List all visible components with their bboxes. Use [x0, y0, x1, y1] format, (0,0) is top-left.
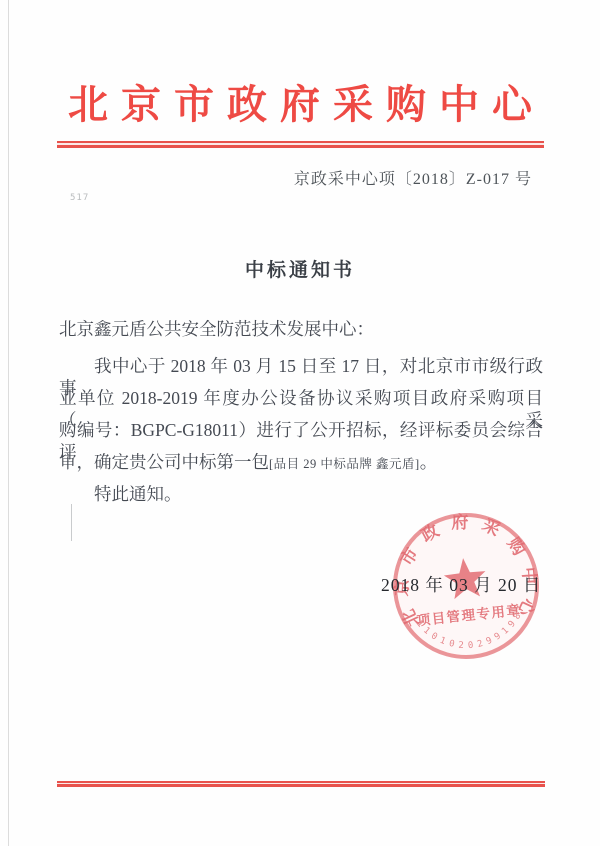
scan-artifact-line: [71, 504, 72, 541]
recipient-line: 北京鑫元盾公共安全防范技术发展中心：: [59, 318, 543, 340]
footer-rule: [57, 781, 545, 787]
body-line-4: 审，确定贵公司中标第一包[品目 29 中标品牌 鑫元盾]。: [59, 451, 543, 475]
body-line-4-note: [品目 29 中标品牌 鑫元盾]: [269, 457, 420, 471]
letterhead-org-name: 北京市政府采购中心: [0, 82, 600, 128]
letterhead-divider-rule: [57, 141, 544, 148]
body-line-4-main: 审，确定贵公司中标第一包: [59, 452, 269, 472]
document-number: 京政采中心项〔2018〕Z-017 号: [0, 166, 532, 189]
notice-title: 中标通知书: [0, 255, 600, 282]
body-line-4-end: 。: [420, 452, 438, 472]
closing-line: 特此通知。: [59, 483, 543, 505]
scanned-document-page: 北京市政府采购中心 京政采中心项〔2018〕Z-017 号 517 中标通知书 …: [0, 0, 600, 846]
issue-date: 2018 年 03 月 20 日: [381, 572, 561, 597]
scan-artifact-number: 517: [70, 193, 89, 203]
